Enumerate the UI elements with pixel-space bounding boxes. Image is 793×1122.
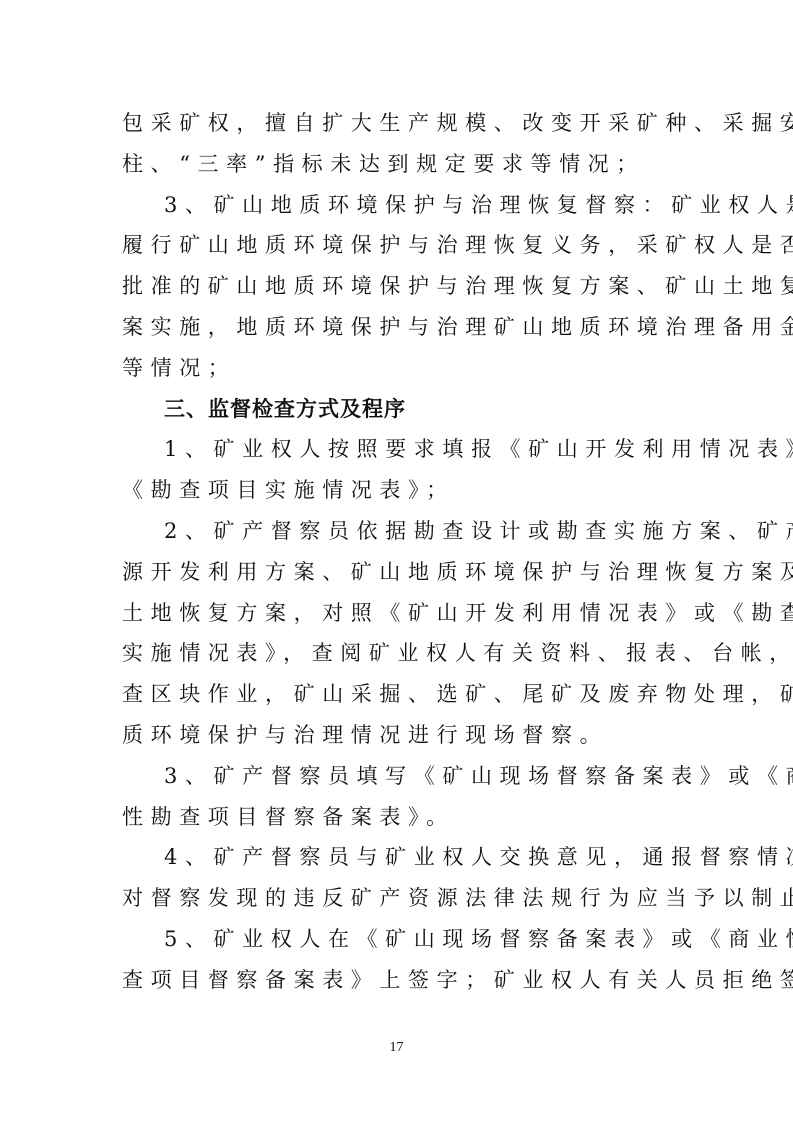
paragraph-line: 查项目督察备案表》上签字；矿业权人有关人员拒绝签字的， [122,960,682,1001]
paragraph-line: 柱、“三率”指标未达到规定要求等情况； [122,144,682,185]
paragraph-line: 包采矿权，擅自扩大生产规模、改变开采矿种、采掘安全矿 [122,103,682,144]
paragraph-line: 查区块作业，矿山采掘、选矿、尾矿及废弃物处理，矿山地 [122,674,682,715]
paragraph-line: 对督察发现的违反矿产资源法律法规行为应当予以制止。 [122,878,682,919]
paragraph-line: 土地恢复方案，对照《矿山开发利用情况表》或《勘查项目 [122,593,682,634]
paragraph-line: 《勘查项目实施情况表》； [122,470,682,511]
list-item-4-line: 4、矿产督察员与矿业权人交换意见，通报督察情况， [122,837,682,878]
paragraph-line: 源开发利用方案、矿山地质环境保护与治理恢复方案及矿山 [122,552,682,593]
list-item-1-line: 1、矿业权人按照要求填报《矿山开发利用情况表》或 [122,429,682,470]
body-text: 包采矿权，擅自扩大生产规模、改变开采矿种、采掘安全矿 柱、“三率”指标未达到规定… [122,103,682,1001]
list-item-5-line: 5、矿业权人在《矿山现场督察备案表》或《商业性勘 [122,919,682,960]
document-page: 包采矿权，擅自扩大生产规模、改变开采矿种、采掘安全矿 柱、“三率”指标未达到规定… [0,0,793,1122]
paragraph-line: 等情况； [122,348,682,389]
section-heading: 三、监督检查方式及程序 [122,389,682,430]
list-item-3-line: 3、矿产督察员填写《矿山现场督察备案表》或《商业 [122,756,682,797]
paragraph-line: 批准的矿山地质环境保护与治理恢复方案、矿山土地复垦方 [122,266,682,307]
paragraph-line: 案实施，地质环境保护与治理矿山地质环境治理备用金缴存 [122,307,682,348]
paragraph-line: 性勘查项目督察备案表》。 [122,797,682,838]
paragraph-line: 实施情况表》，查阅矿业权人有关资料、报表、台帐，对勘 [122,633,682,674]
list-item-2-line: 2、矿产督察员依据勘查设计或勘查实施方案、矿产资 [122,511,682,552]
paragraph-line: 履行矿山地质环境保护与治理恢复义务，采矿权人是否按照 [122,225,682,266]
paragraph-line: 质环境保护与治理情况进行现场督察。 [122,715,682,756]
list-item-3-line: 3、矿山地质环境保护与治理恢复督察：矿业权人是否 [122,185,682,226]
page-number: 17 [0,1040,793,1056]
